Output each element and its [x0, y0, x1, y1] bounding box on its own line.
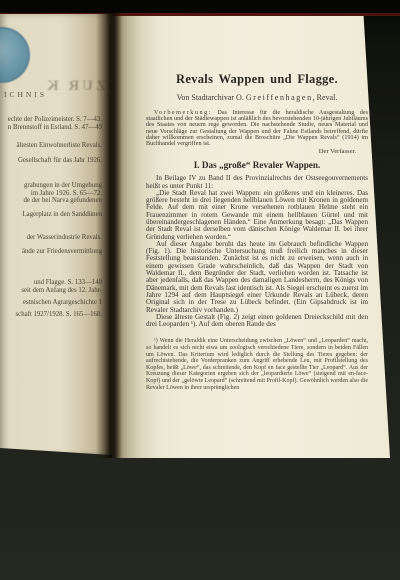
toc-line: und Flagge. S. 133—140 [34, 279, 102, 286]
byline-suffix: , Reval. [313, 93, 338, 102]
body-paragraph-4: Diese älteste Gestalt (Fig. 2) zeigt ein… [146, 314, 368, 329]
body-paragraph-2: „Die Stadt Reval hat zwei Wappen: ein gr… [146, 190, 368, 241]
right-page: Revals Wappen und Flagge. Von Stadtarchi… [112, 16, 390, 458]
toc-line: de der bei Narva gefundenen [23, 197, 102, 204]
toc-line: im Jahre 1926. S. 65—72. [31, 190, 102, 197]
book-photo: ZUR K ICHNIS echte der Polizeimeister. S… [0, 0, 400, 580]
foreword-paragraph: Vorbemerkung: Das Interesse für die hera… [146, 110, 368, 147]
toc-line: ältesten Einwohnerliste Revals. [16, 142, 102, 149]
body-paragraph-3: Auf dieser Angabe beruht das heute im Ge… [146, 241, 368, 314]
toc-line: Lagerplatz in den Sanddünen [23, 211, 102, 218]
toc-line: seit dem Anfang des 12. Jahr- [21, 287, 102, 294]
book-gutter-shadow [96, 13, 122, 458]
byline-author: Greiffenhagen [246, 93, 313, 102]
foreword-signature: Der Verfasser. [146, 148, 356, 155]
byline-prefix: Von Stadtarchivar O. [177, 93, 246, 102]
toc-line: schaft 1927/1928. S. 165—168. [16, 311, 102, 318]
article-content: Revals Wappen und Flagge. Von Stadtarchi… [112, 16, 390, 391]
toc-line: ände zur Friedensvermittlung [22, 248, 102, 255]
article-byline: Von Stadtarchivar O. Greiffenhagen, Reva… [146, 93, 368, 102]
toc-line: der Wasserindustrie Revals. [27, 234, 102, 241]
photo-top-edge [0, 0, 400, 13]
footnote: ¹) Wenn die Heraldik eine Unterscheidung… [146, 338, 368, 391]
toc-line: grabungen in der Umgebung [24, 182, 102, 189]
foreword-text: Das Interesse für die heraldische Ausges… [146, 109, 368, 147]
toc-line: estnischen Agrargeschichte 1 [23, 299, 102, 306]
toc-line: echte der Polizeimeister. S. 7—43. [8, 116, 102, 123]
toc-line: n Brennstoff in Estland. S. 47—49 [8, 124, 102, 131]
article-title: Revals Wappen und Flagge. [146, 72, 368, 87]
body-paragraph-1: In Beilage IV zu Band II des Provinzialr… [146, 175, 368, 190]
toc-line: Gesellschaft für das Jahr 1926. [18, 157, 102, 164]
section-heading: I. Das „große“ Revaler Wappen. [146, 160, 368, 170]
